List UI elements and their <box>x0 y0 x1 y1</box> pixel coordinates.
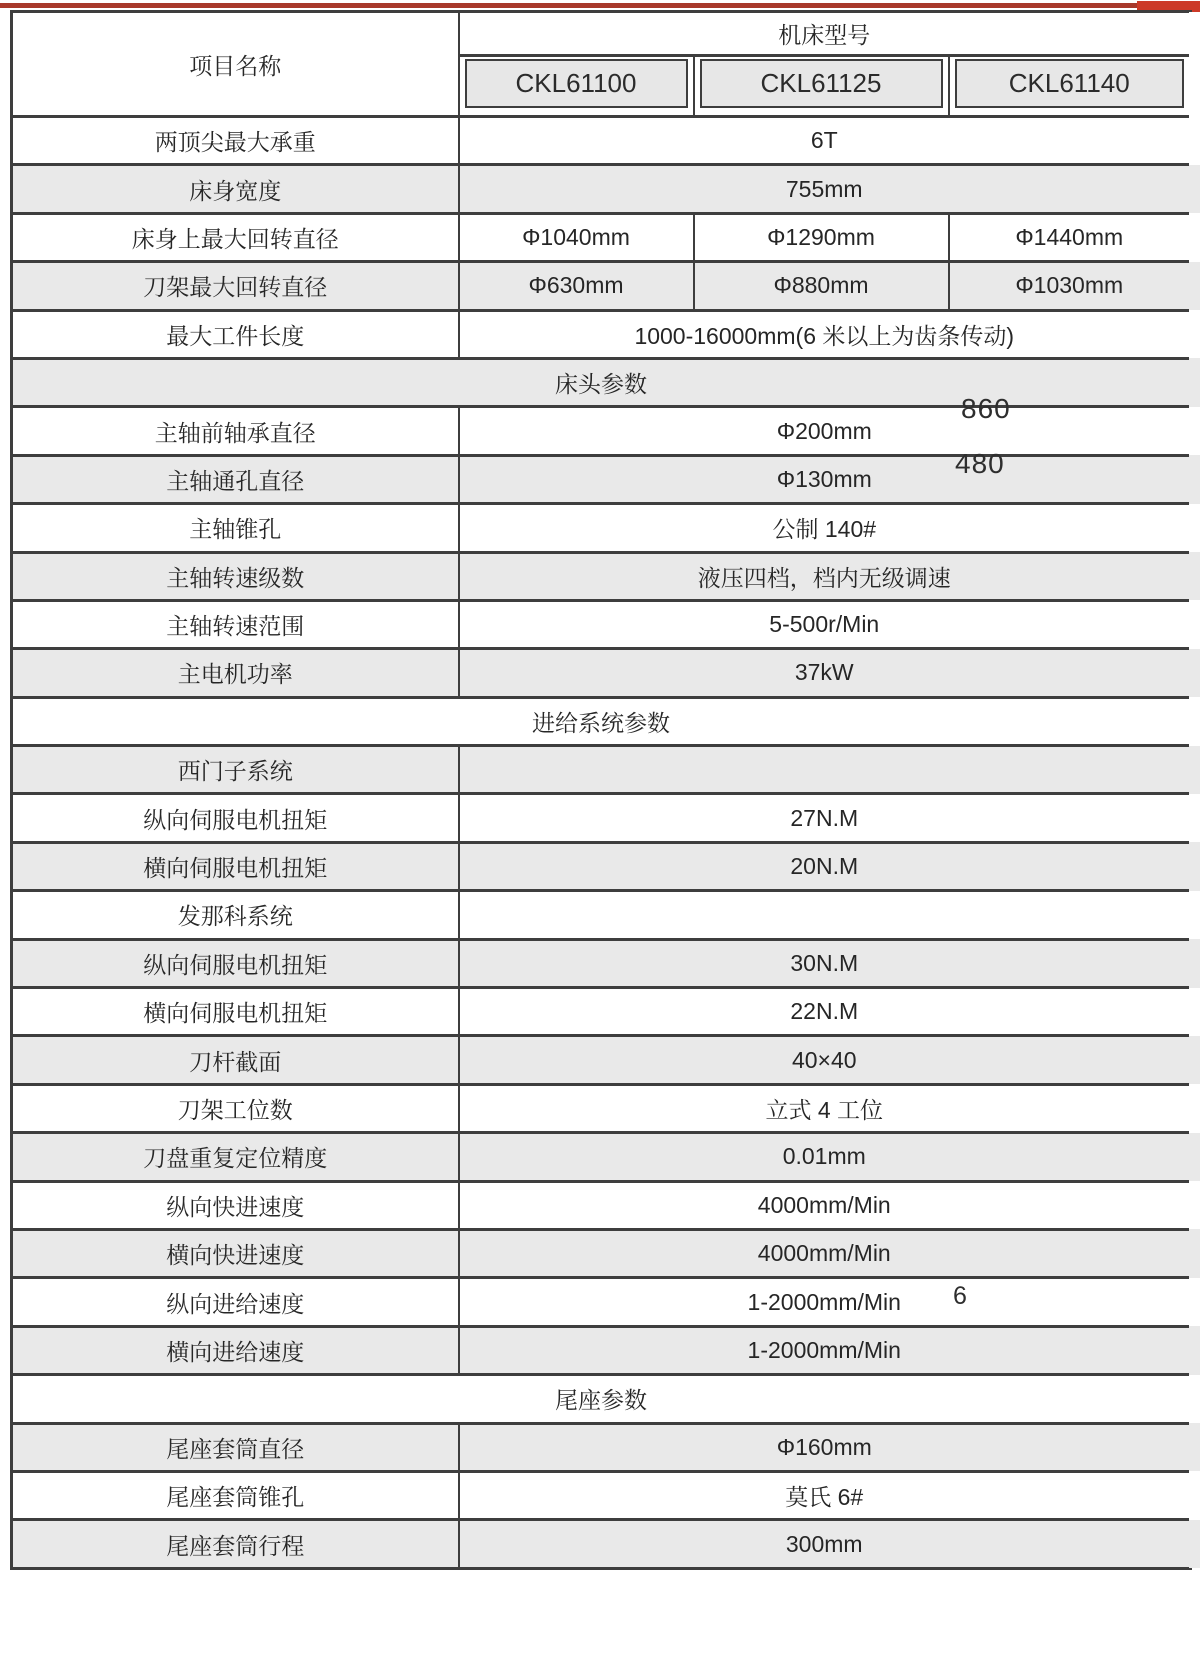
spec-value-cell: 20N.M <box>459 842 1191 890</box>
table-bleed-strip-segment <box>1189 262 1200 310</box>
spec-row: 尾座套筒锥孔莫氏 6# <box>12 1471 1191 1519</box>
section-header-cell: 尾座参数 <box>12 1375 1191 1423</box>
spec-value-cell: Φ1030mm <box>949 262 1191 310</box>
spec-value-cell: 755mm <box>459 165 1191 213</box>
spec-label-cell: 刀杆截面 <box>12 1036 459 1084</box>
table-bleed-strip-segment <box>1189 794 1200 842</box>
spec-row: 横向伺服电机扭矩20N.M <box>12 842 1191 890</box>
spec-label-cell: 西门子系统 <box>12 746 459 794</box>
table-bleed-strip-segment <box>1189 1471 1200 1519</box>
spec-value-cell <box>459 891 1191 939</box>
spec-label-cell: 主轴锥孔 <box>12 504 459 552</box>
section-row: 进给系统参数 <box>12 697 1191 745</box>
spec-row: 横向进给速度1-2000mm/Min <box>12 1326 1191 1374</box>
table-bleed-strip-segment <box>1189 1133 1200 1181</box>
spec-value-cell: Φ160mm <box>459 1423 1191 1471</box>
spec-value-cell: 37kW <box>459 649 1191 697</box>
spec-row: 床身上最大回转直径Φ1040mmΦ1290mmΦ1440mm <box>12 213 1191 261</box>
model-cell-2: CKL61125 <box>694 56 949 117</box>
table-bleed-strip-segment <box>1189 12 1200 56</box>
model-box-ckl61125: CKL61125 <box>700 59 943 108</box>
header-models-group-cell: 机床型号 <box>459 12 1191 56</box>
table-bleed-strip-segment <box>1189 56 1200 117</box>
spec-label-cell: 刀架工位数 <box>12 1084 459 1132</box>
spec-label-cell: 发那科系统 <box>12 891 459 939</box>
spec-label-cell: 纵向进给速度 <box>12 1278 459 1326</box>
table-bleed-strip-segment <box>1189 310 1200 358</box>
table-bleed-strip-segment <box>1189 1520 1200 1568</box>
spec-label-cell: 床身上最大回转直径 <box>12 213 459 261</box>
spec-row: 纵向进给速度1-2000mm/Min <box>12 1278 1191 1326</box>
spec-value-cell: 5-500r/Min <box>459 600 1191 648</box>
spec-value-cell: 30N.M <box>459 939 1191 987</box>
table-bleed-strip-segment <box>1189 1278 1200 1326</box>
spec-table-header: 项目名称 机床型号 CKL61100 CKL61125 CKL61140 <box>12 12 1191 117</box>
section-row: 尾座参数 <box>12 1375 1191 1423</box>
table-bleed-strip-segment <box>1189 842 1200 890</box>
spec-label-cell: 床身宽度 <box>12 165 459 213</box>
spec-value-cell: Φ130mm <box>459 455 1191 503</box>
spec-row: 纵向伺服电机扭矩30N.M <box>12 939 1191 987</box>
table-bleed-strip-segment <box>1189 939 1200 987</box>
spec-row: 刀架工位数立式 4 工位 <box>12 1084 1191 1132</box>
spec-value-cell: 1-2000mm/Min <box>459 1278 1191 1326</box>
spec-value-cell: 立式 4 工位 <box>459 1084 1191 1132</box>
spec-label-cell: 刀盘重复定位精度 <box>12 1133 459 1181</box>
table-bleed-strip-segment <box>1189 988 1200 1036</box>
spec-label-cell: 尾座套筒直径 <box>12 1423 459 1471</box>
spec-value-cell: 4000mm/Min <box>459 1229 1191 1277</box>
spec-value-cell: 1-2000mm/Min <box>459 1326 1191 1374</box>
section-header-cell: 床头参数 <box>12 358 1191 406</box>
spec-row: 刀杆截面40×40 <box>12 1036 1191 1084</box>
spec-label-cell: 刀架最大回转直径 <box>12 262 459 310</box>
table-bleed-strip-segment <box>1189 1036 1200 1084</box>
spec-value-cell: 6T <box>459 117 1191 165</box>
spec-row: 主轴转速范围5-500r/Min <box>12 600 1191 648</box>
spec-label-cell: 两顶尖最大承重 <box>12 117 459 165</box>
table-bleed-strip-segment <box>1189 407 1200 455</box>
spec-label-cell: 主轴前轴承直径 <box>12 407 459 455</box>
stray-number-artifact: 480 <box>955 450 1005 478</box>
model-box-ckl61100: CKL61100 <box>465 59 688 108</box>
spec-value-cell: 27N.M <box>459 794 1191 842</box>
table-bleed-strip-segment <box>1189 165 1200 213</box>
header-row-1: 项目名称 机床型号 <box>12 12 1191 56</box>
spec-value-cell <box>459 746 1191 794</box>
spec-value-cell: 40×40 <box>459 1036 1191 1084</box>
spec-label-cell: 主电机功率 <box>12 649 459 697</box>
table-bleed-strip-segment <box>1189 504 1200 552</box>
spec-label-cell: 横向伺服电机扭矩 <box>12 988 459 1036</box>
model-cell-3: CKL61140 <box>949 56 1191 117</box>
page: 项目名称 机床型号 CKL61100 CKL61125 CKL61140 两顶尖… <box>0 0 1200 1672</box>
spec-label-cell: 纵向伺服电机扭矩 <box>12 939 459 987</box>
spec-label-cell: 横向快进速度 <box>12 1229 459 1277</box>
table-bleed-strip-segment <box>1189 1375 1200 1423</box>
spec-label-cell: 主轴转速范围 <box>12 600 459 648</box>
stray-number-artifact: 6 <box>953 1284 968 1309</box>
spec-value-cell: 液压四档，档内无级调速 <box>459 552 1191 600</box>
section-row: 床头参数 <box>12 358 1191 406</box>
table-bleed-strip-segment <box>1189 649 1200 697</box>
stray-number-artifact: 860 <box>961 395 1011 423</box>
spec-row: 主轴锥孔公制 140# <box>12 504 1191 552</box>
table-bleed-strip-segment <box>1189 746 1200 794</box>
model-cell-1: CKL61100 <box>459 56 694 117</box>
spec-label-cell: 横向伺服电机扭矩 <box>12 842 459 890</box>
spec-label-cell: 主轴通孔直径 <box>12 455 459 503</box>
table-bleed-strip-segment <box>1189 213 1200 261</box>
spec-value-cell: 0.01mm <box>459 1133 1191 1181</box>
spec-row: 尾座套筒行程300mm <box>12 1520 1191 1568</box>
spec-value-cell: Φ1040mm <box>459 213 694 261</box>
model-box-ckl61140: CKL61140 <box>955 59 1185 108</box>
spec-row: 主电机功率37kW <box>12 649 1191 697</box>
header-project-name-cell: 项目名称 <box>12 12 459 117</box>
top-accent-line <box>0 3 1200 8</box>
spec-row: 两顶尖最大承重6T <box>12 117 1191 165</box>
spec-row: 纵向伺服电机扭矩27N.M <box>12 794 1191 842</box>
spec-label-cell: 纵向快进速度 <box>12 1181 459 1229</box>
spec-row: 刀盘重复定位精度0.01mm <box>12 1133 1191 1181</box>
spec-row: 主轴通孔直径Φ130mm <box>12 455 1191 503</box>
spec-row: 床身宽度755mm <box>12 165 1191 213</box>
machine-spec-table: 项目名称 机床型号 CKL61100 CKL61125 CKL61140 两顶尖… <box>10 10 1192 1570</box>
section-header-cell: 进给系统参数 <box>12 697 1191 745</box>
spec-label-cell: 横向进给速度 <box>12 1326 459 1374</box>
spec-value-cell: Φ200mm <box>459 407 1191 455</box>
table-bleed-strip-segment <box>1189 891 1200 939</box>
table-bleed-strip-segment <box>1189 358 1200 406</box>
spec-label-cell: 最大工件长度 <box>12 310 459 358</box>
spec-table-body: 两顶尖最大承重6T床身宽度755mm床身上最大回转直径Φ1040mmΦ1290m… <box>12 117 1191 1569</box>
table-bleed-strip-segment <box>1189 455 1200 503</box>
spec-row: 刀架最大回转直径Φ630mmΦ880mmΦ1030mm <box>12 262 1191 310</box>
spec-row: 主轴前轴承直径Φ200mm <box>12 407 1191 455</box>
spec-value-cell: 300mm <box>459 1520 1191 1568</box>
spec-label-cell: 纵向伺服电机扭矩 <box>12 794 459 842</box>
table-bleed-strip-segment <box>1189 1423 1200 1471</box>
table-bleed-strip-segment <box>1189 552 1200 600</box>
table-bleed-strip-segment <box>1189 697 1200 745</box>
spec-row: 横向快进速度4000mm/Min <box>12 1229 1191 1277</box>
spec-value-cell: 莫氏 6# <box>459 1471 1191 1519</box>
spec-value-cell: Φ630mm <box>459 262 694 310</box>
spec-row: 最大工件长度1000-16000mm(6 米以上为齿条传动) <box>12 310 1191 358</box>
table-bleed-strip-segment <box>1189 600 1200 648</box>
spec-value-cell: Φ1290mm <box>694 213 949 261</box>
spec-row: 纵向快进速度4000mm/Min <box>12 1181 1191 1229</box>
spec-row: 横向伺服电机扭矩22N.M <box>12 988 1191 1036</box>
spec-value-cell: 22N.M <box>459 988 1191 1036</box>
spec-row: 西门子系统 <box>12 746 1191 794</box>
spec-label-cell: 尾座套筒锥孔 <box>12 1471 459 1519</box>
spec-value-cell: Φ1440mm <box>949 213 1191 261</box>
spec-row: 尾座套筒直径Φ160mm <box>12 1423 1191 1471</box>
spec-row: 主轴转速级数液压四档，档内无级调速 <box>12 552 1191 600</box>
spec-value-cell: 4000mm/Min <box>459 1181 1191 1229</box>
table-bleed-strip-segment <box>1189 1229 1200 1277</box>
table-bleed-strip-segment <box>1189 1084 1200 1132</box>
table-bleed-strip-segment <box>1189 1181 1200 1229</box>
spec-label-cell: 尾座套筒行程 <box>12 1520 459 1568</box>
table-bleed-strip-segment <box>1189 117 1200 165</box>
spec-value-cell: 1000-16000mm(6 米以上为齿条传动) <box>459 310 1191 358</box>
spec-value-cell: 公制 140# <box>459 504 1191 552</box>
table-bleed-strip-segment <box>1189 1326 1200 1374</box>
spec-value-cell: Φ880mm <box>694 262 949 310</box>
spec-label-cell: 主轴转速级数 <box>12 552 459 600</box>
spec-row: 发那科系统 <box>12 891 1191 939</box>
